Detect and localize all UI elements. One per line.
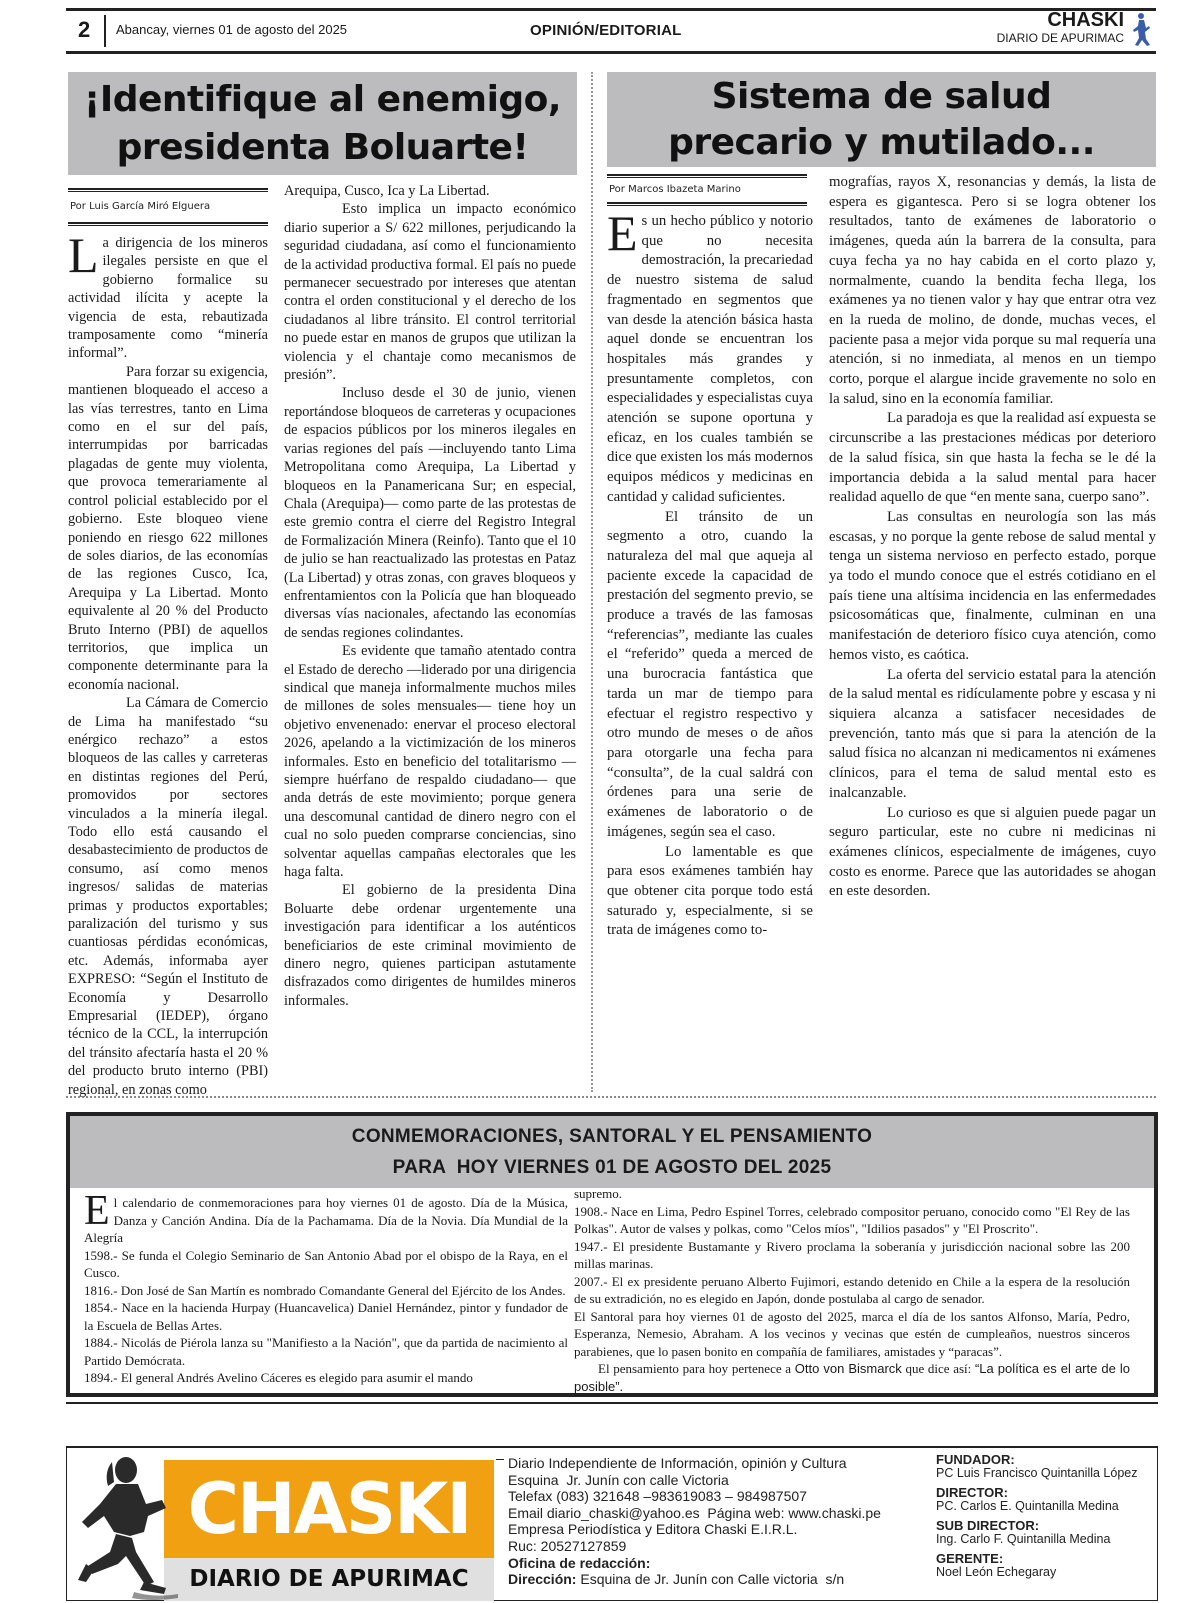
paragraph: El gobierno de la presidenta Dina Boluar…	[284, 881, 576, 1010]
santoral-text: El Santoral para hoy viernes 01 de agost…	[574, 1308, 1130, 1361]
paragraph: Las consultas en neurología son las más …	[829, 508, 1156, 666]
address-line: Dirección: Esquina de Jr. Junín con Call…	[508, 1571, 881, 1588]
byline-rule	[68, 222, 268, 226]
section-name: OPINIÓN/EDITORIAL	[530, 22, 681, 39]
staff-name: PC Luis Francisco Quintanilla López	[936, 1467, 1138, 1481]
thought-author: Otto von Bismarck	[795, 1361, 902, 1376]
staff-name: PC. Carlos E. Quintanilla Medina	[936, 1500, 1138, 1514]
header-divider	[104, 15, 106, 47]
title-line: CONMEMORACIONES, SANTORAL Y EL PENSAMIEN…	[70, 1121, 1154, 1152]
chaski-runner-icon	[1130, 12, 1152, 48]
paragraph: s un hecho público y notorio que no nece…	[607, 213, 813, 505]
info-line: Esquina Jr. Junín con calle Victoria	[508, 1472, 881, 1489]
commemorations-column-left: El calendario de conmemoraciones para ho…	[84, 1194, 568, 1387]
footer-top-rule	[66, 1402, 1158, 1404]
address-label: Dirección:	[508, 1571, 576, 1587]
paragraph: Para forzar su exigencia, mantienen bloq…	[68, 363, 268, 694]
event-item: 1854.- Nace en la hacienda Hurpay (Huanc…	[84, 1299, 568, 1334]
intro-text: l calendario de conmemoraciones para hoy…	[84, 1195, 568, 1245]
event-item: 1884.- Nicolás de Piérola lanza su "Mani…	[84, 1334, 568, 1369]
thought-prefix: El pensamiento para hoy pertenece a	[598, 1361, 795, 1376]
paragraph: Lo lamentable es que para esos exámenes …	[607, 843, 813, 942]
paragraph: Incluso desde el 30 de junio, vienen rep…	[284, 384, 576, 642]
paragraph: Lo curioso es que si alguien puede pagar…	[829, 804, 1156, 903]
headline-line: precario y mutilado...	[607, 120, 1156, 166]
footer-logo-orange: CHASKI	[164, 1460, 494, 1558]
page-number: 2	[78, 17, 90, 43]
event-item: 1816.- Don José de San Martín es nombrad…	[84, 1282, 568, 1300]
event-item: 2007.- El ex presidente peruano Alberto …	[574, 1273, 1130, 1308]
info-line: Telefax (083) 321648 –983619083 – 984987…	[508, 1488, 881, 1505]
column-separator	[591, 72, 593, 1092]
section-divider	[66, 1096, 1156, 1098]
event-item: 1947.- El presidente Bustamante y Rivero…	[574, 1238, 1130, 1273]
article1-column-1: La dirigencia de los mineros ilegales pe…	[68, 234, 268, 1099]
info-line: Ruc: 20527127859	[508, 1538, 881, 1555]
paragraph: Es evidente que tamaño atentado contra e…	[284, 642, 576, 881]
event-item: 1894.- El general Andrés Avelino Cáceres…	[84, 1369, 568, 1387]
paragraph: mografías, rayos X, resonancias y demás,…	[829, 173, 1156, 409]
brand-name: CHASKI	[997, 10, 1124, 31]
staff-role: FUNDADOR:	[936, 1453, 1138, 1467]
headline-line: ¡Identifique al enemigo,	[68, 76, 577, 124]
event-item: 1598.- Se funda el Colegio Seminario de …	[84, 1247, 568, 1282]
title-line: PARA HOY VIERNES 01 DE AGOSTO DEL 2025	[70, 1152, 1154, 1183]
headline-line: Sistema de salud	[607, 74, 1156, 120]
brand-subtitle: DIARIO DE APURIMAC	[997, 31, 1124, 45]
staff-role: DIRECTOR:	[936, 1486, 1138, 1500]
event-item: 1908.- Nace en Lima, Pedro Espinel Torre…	[574, 1203, 1130, 1238]
footer-publication-info: Diario Independiente de Información, opi…	[508, 1455, 881, 1588]
footer-staff: FUNDADOR: PC Luis Francisco Quintanilla …	[936, 1453, 1138, 1579]
paragraph: La oferta del servicio estatal para la a…	[829, 666, 1156, 804]
drop-cap: E	[84, 1195, 110, 1227]
header-bottom-rule	[66, 51, 1156, 54]
article1-byline: Por Luis García Miró Elguera	[70, 201, 268, 212]
thought-mid: que dice así:	[902, 1361, 975, 1376]
event-item: supremo.	[574, 1185, 1130, 1203]
chaski-runner-illustration-icon	[74, 1452, 184, 1600]
drop-cap: L	[68, 236, 99, 274]
info-line: Empresa Periodística y Editora Chaski E.…	[508, 1521, 881, 1538]
staff-role: SUB DIRECTOR:	[936, 1519, 1138, 1533]
header-top-rule	[66, 8, 1156, 11]
issue-date: Abancay, viernes 01 de agosto del 2025	[116, 22, 347, 37]
footer-logo-subtitle: DIARIO DE APURIMAC	[164, 1558, 494, 1601]
footer-logo-subtitle-band: DIARIO DE APURIMAC	[164, 1558, 494, 1601]
headline-line: presidenta Boluarte!	[68, 124, 577, 172]
article2-column-1: Es un hecho público y notorio que no nec…	[607, 212, 813, 941]
paragraph: El tránsito de un segmento a otro, cuand…	[607, 508, 813, 843]
commemorations-box: CONMEMORACIONES, SANTORAL Y EL PENSAMIEN…	[66, 1112, 1158, 1397]
paragraph: Esto implica un impacto económico diario…	[284, 200, 576, 384]
paragraph: La Cámara de Comercio de Lima ha manifes…	[68, 694, 268, 1099]
article1-byline-block: Por Luis García Miró Elguera	[68, 188, 268, 226]
article1-column-2: Arequipa, Cusco, Ica y La Libertad. Esto…	[284, 182, 576, 1010]
staff-name: Noel León Echegaray	[936, 1566, 1138, 1580]
footer-logo-name: CHASKI	[164, 1460, 494, 1558]
info-line: Diario Independiente de Información, opi…	[508, 1455, 881, 1472]
staff-role: GERENTE:	[936, 1552, 1138, 1566]
article1-headline: ¡Identifique al enemigo, presidenta Bolu…	[68, 72, 577, 175]
article2-column-2: mografías, rayos X, resonancias y demás,…	[829, 173, 1156, 902]
byline-rule	[68, 188, 268, 192]
byline-rule	[607, 174, 807, 178]
article2-headline: Sistema de salud precario y mutilado...	[607, 72, 1156, 167]
article2-byline: Por Marcos Ibazeta Marino	[609, 184, 807, 195]
article2-byline-block: Por Marcos Ibazeta Marino	[607, 174, 807, 206]
staff-name: Ing. Carlo F. Quintanilla Medina	[936, 1533, 1138, 1547]
commemorations-title: CONMEMORACIONES, SANTORAL Y EL PENSAMIEN…	[70, 1116, 1154, 1188]
drop-cap: E	[607, 214, 638, 252]
info-line: Email diario_chaski@yahoo.es Página web:…	[508, 1505, 881, 1522]
paragraph: Arequipa, Cusco, Ica y La Libertad.	[284, 182, 576, 200]
commemorations-column-right: supremo. 1908.- Nace en Lima, Pedro Espi…	[574, 1185, 1130, 1395]
office-label: Oficina de redacción:	[508, 1555, 881, 1572]
address-value: Esquina de Jr. Junín con Calle victoria …	[576, 1571, 844, 1587]
thought-of-the-day: El pensamiento para hoy pertenece a Otto…	[574, 1360, 1130, 1395]
paragraph: La paradoja es que la realidad así expue…	[829, 409, 1156, 508]
masthead-brand: CHASKI DIARIO DE APURIMAC	[997, 10, 1124, 45]
info-dash	[496, 1459, 504, 1460]
